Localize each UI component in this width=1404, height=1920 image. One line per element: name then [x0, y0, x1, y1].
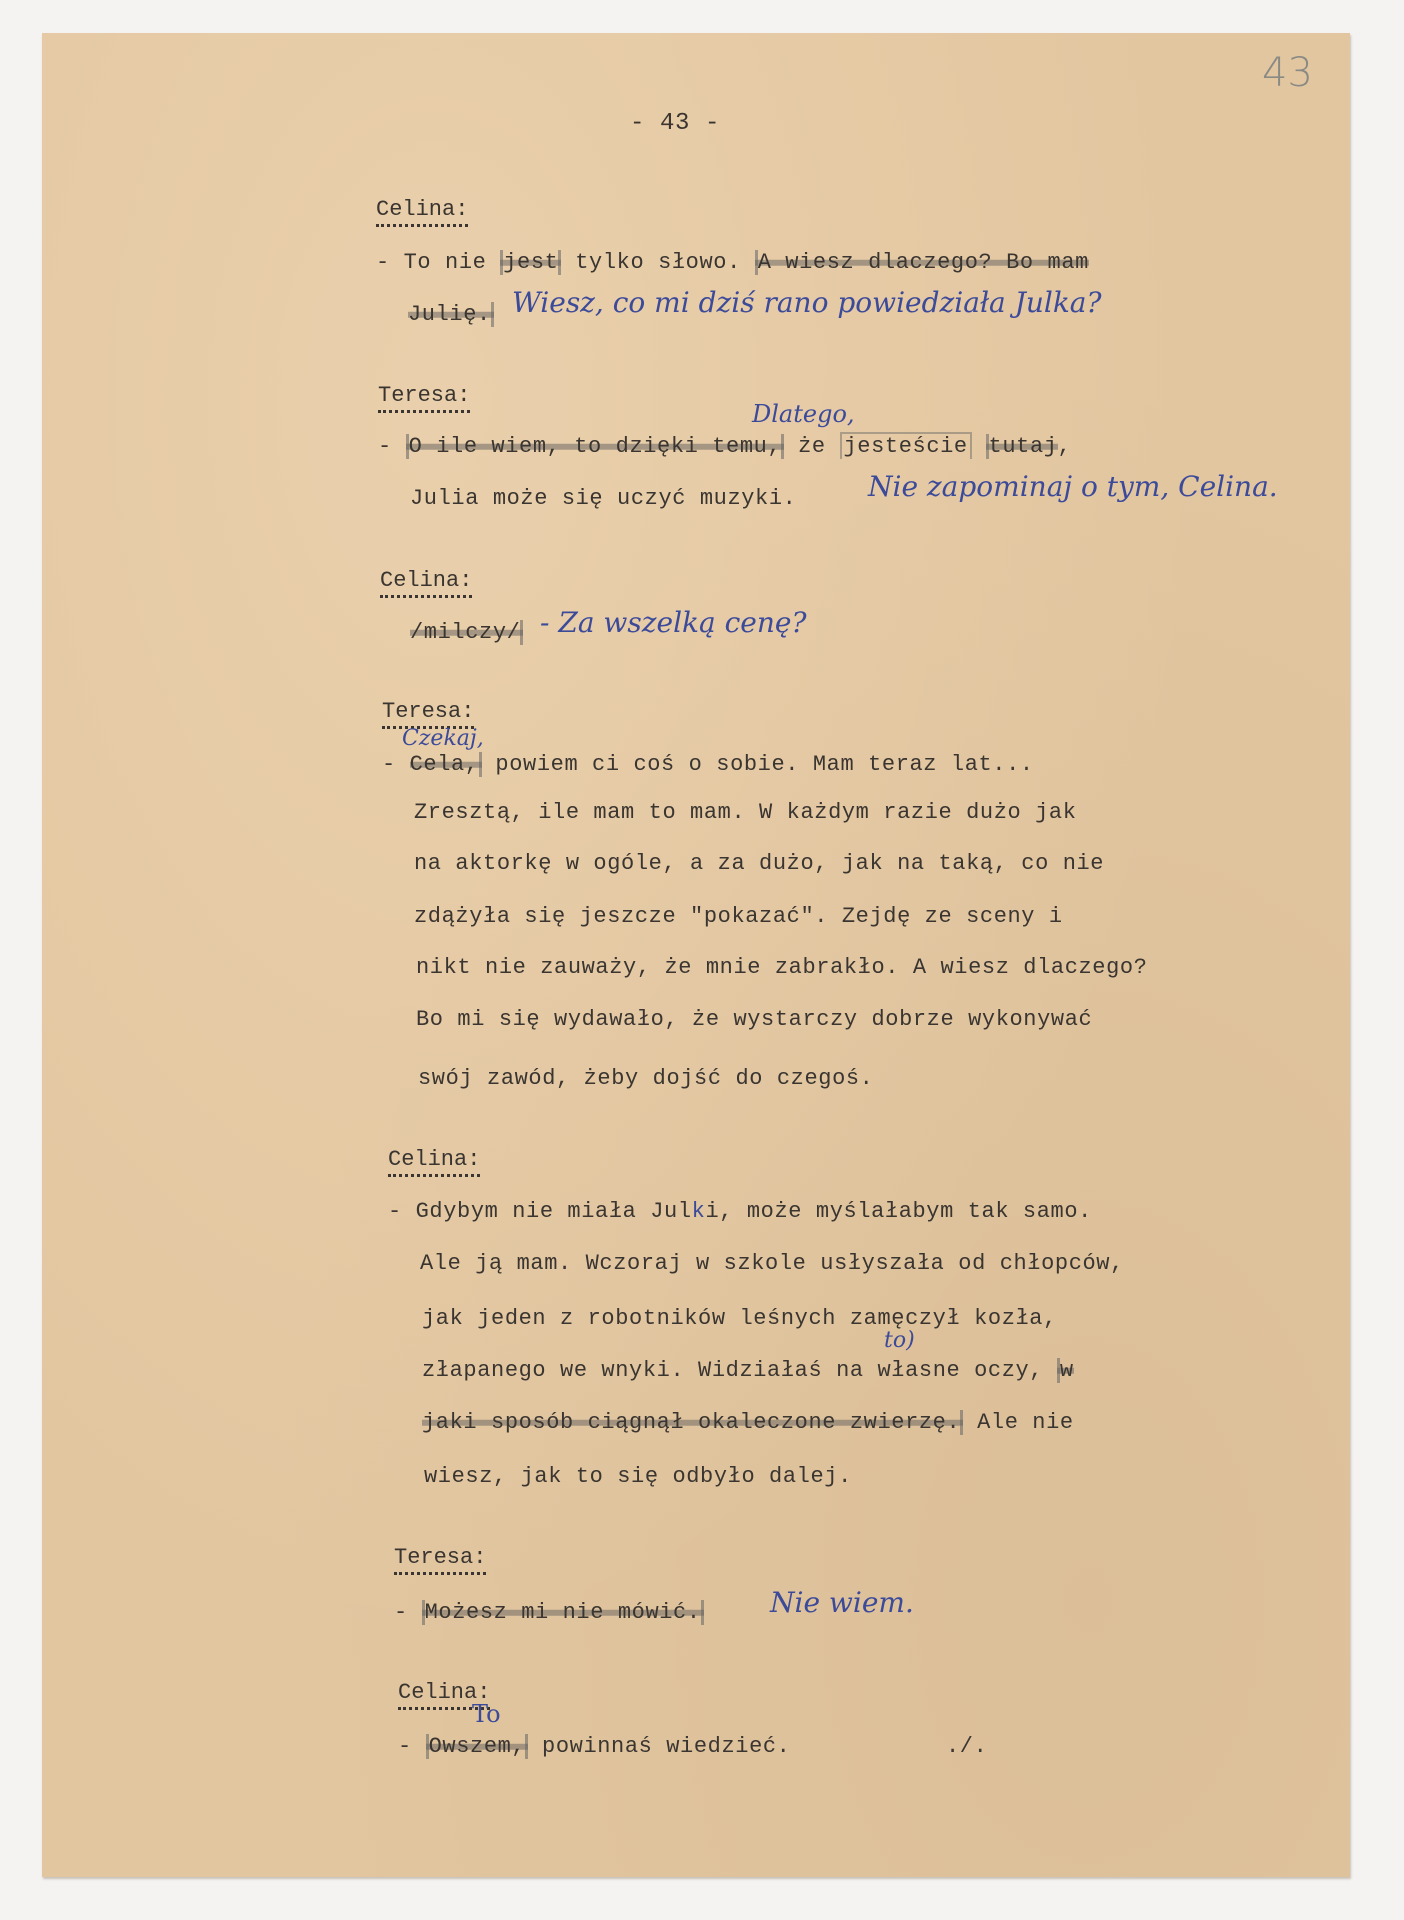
- typed-text: że: [784, 434, 839, 459]
- handwritten-insertion: - Za wszelką cenę?: [540, 606, 806, 639]
- struck-text: jest: [500, 250, 561, 275]
- handwritten-insertion: Dlatego,: [752, 400, 855, 428]
- dialogue-line: /milczy/: [410, 620, 523, 645]
- continuation-mark: ./.: [946, 1734, 987, 1759]
- dialogue-line: - Gdybym nie miała Julki, może myślałaby…: [388, 1199, 1092, 1224]
- typed-text: powiem ci coś o sobie. Mam teraz lat...: [482, 752, 1034, 777]
- typed-text: tylko słowo.: [561, 250, 754, 275]
- struck-text: A wiesz dlaczego? Bo mam: [755, 250, 1089, 275]
- handwritten-correction: k: [692, 1199, 706, 1224]
- speaker-label: Teresa:: [378, 384, 470, 413]
- handwritten-insertion: Nie wiem.: [770, 1586, 914, 1619]
- dialogue-line: złapanego we wnyki. Widziałaś na własne …: [422, 1358, 1074, 1383]
- struck-text: Możesz mi nie mówić.: [422, 1600, 704, 1625]
- struck-text: O ile wiem, to dzięki temu,: [406, 434, 785, 459]
- speaker-label: Teresa:: [382, 700, 474, 729]
- typed-text: -: [378, 434, 406, 459]
- typed-text: - To nie: [376, 250, 500, 275]
- page-number: - 43 -: [630, 110, 720, 137]
- dialogue-line: Ale ją mam. Wczoraj w szkole usłyszała o…: [420, 1251, 1124, 1276]
- struck-text: Julię.: [408, 302, 494, 327]
- handwritten-insertion: Czekaj,: [402, 726, 484, 751]
- speaker-label: Teresa:: [394, 1546, 486, 1575]
- boxed-text: jesteście: [840, 432, 972, 459]
- dialogue-line: - Możesz mi nie mówić.: [394, 1600, 704, 1625]
- dialogue-line: na aktorkę w ogóle, a za dużo, jak na ta…: [414, 851, 1104, 876]
- handwritten-insertion: Nie zapominaj o tym, Celina.: [868, 470, 1278, 503]
- struck-text: Cela,: [410, 752, 482, 777]
- handwritten-insertion: To: [472, 1700, 501, 1728]
- struck-text: jaki sposób ciągnął okaleczone zwierzę.: [422, 1410, 963, 1435]
- dialogue-line: Bo mi się wydawało, że wystarczy dobrze …: [416, 1007, 1092, 1032]
- dialogue-line: - O ile wiem, to dzięki temu, że jesteśc…: [378, 434, 1071, 459]
- handwritten-insertion: to): [884, 1328, 915, 1353]
- dialogue-line: - Owszem, powinnaś wiedzieć.: [398, 1734, 790, 1759]
- dialogue-line: nikt nie zauważy, że mnie zabrakło. A wi…: [416, 955, 1148, 980]
- dialogue-line: - Cela, powiem ci coś o sobie. Mam teraz…: [382, 752, 1034, 777]
- dialogue-line: jak jeden z robotników leśnych zamęczył …: [422, 1306, 1057, 1331]
- dialogue-line: - To nie jest tylko słowo. A wiesz dlacz…: [376, 250, 1089, 275]
- dialogue-line: Julię.: [408, 302, 494, 327]
- dialogue-line: zdążyła się jeszcze "pokazać". Zejdę ze …: [414, 904, 1063, 929]
- dialogue-line: swój zawód, żeby dojść do czegoś.: [418, 1066, 873, 1091]
- struck-text: tutaj: [986, 434, 1058, 459]
- dialogue-line: wiesz, jak to się odbyło dalej.: [424, 1464, 852, 1489]
- handwritten-insertion: Wiesz, co mi dziś rano powiedziała Julka…: [512, 286, 1102, 319]
- dialogue-line: Zresztą, ile mam to mam. W każdym razie …: [414, 800, 1077, 825]
- speaker-label: Celina:: [388, 1148, 480, 1177]
- dialogue-line: jaki sposób ciągnął okaleczone zwierzę. …: [422, 1410, 1074, 1435]
- speaker-label: Celina:: [380, 569, 472, 598]
- struck-text: /milczy/: [410, 620, 523, 645]
- pencil-page-number: 43: [1262, 50, 1313, 96]
- dialogue-line: Julia może się uczyć muzyki.: [410, 486, 796, 511]
- struck-text: Owszem,: [426, 1734, 529, 1759]
- speaker-label: Celina:: [376, 198, 468, 227]
- struck-text: w: [1057, 1358, 1074, 1383]
